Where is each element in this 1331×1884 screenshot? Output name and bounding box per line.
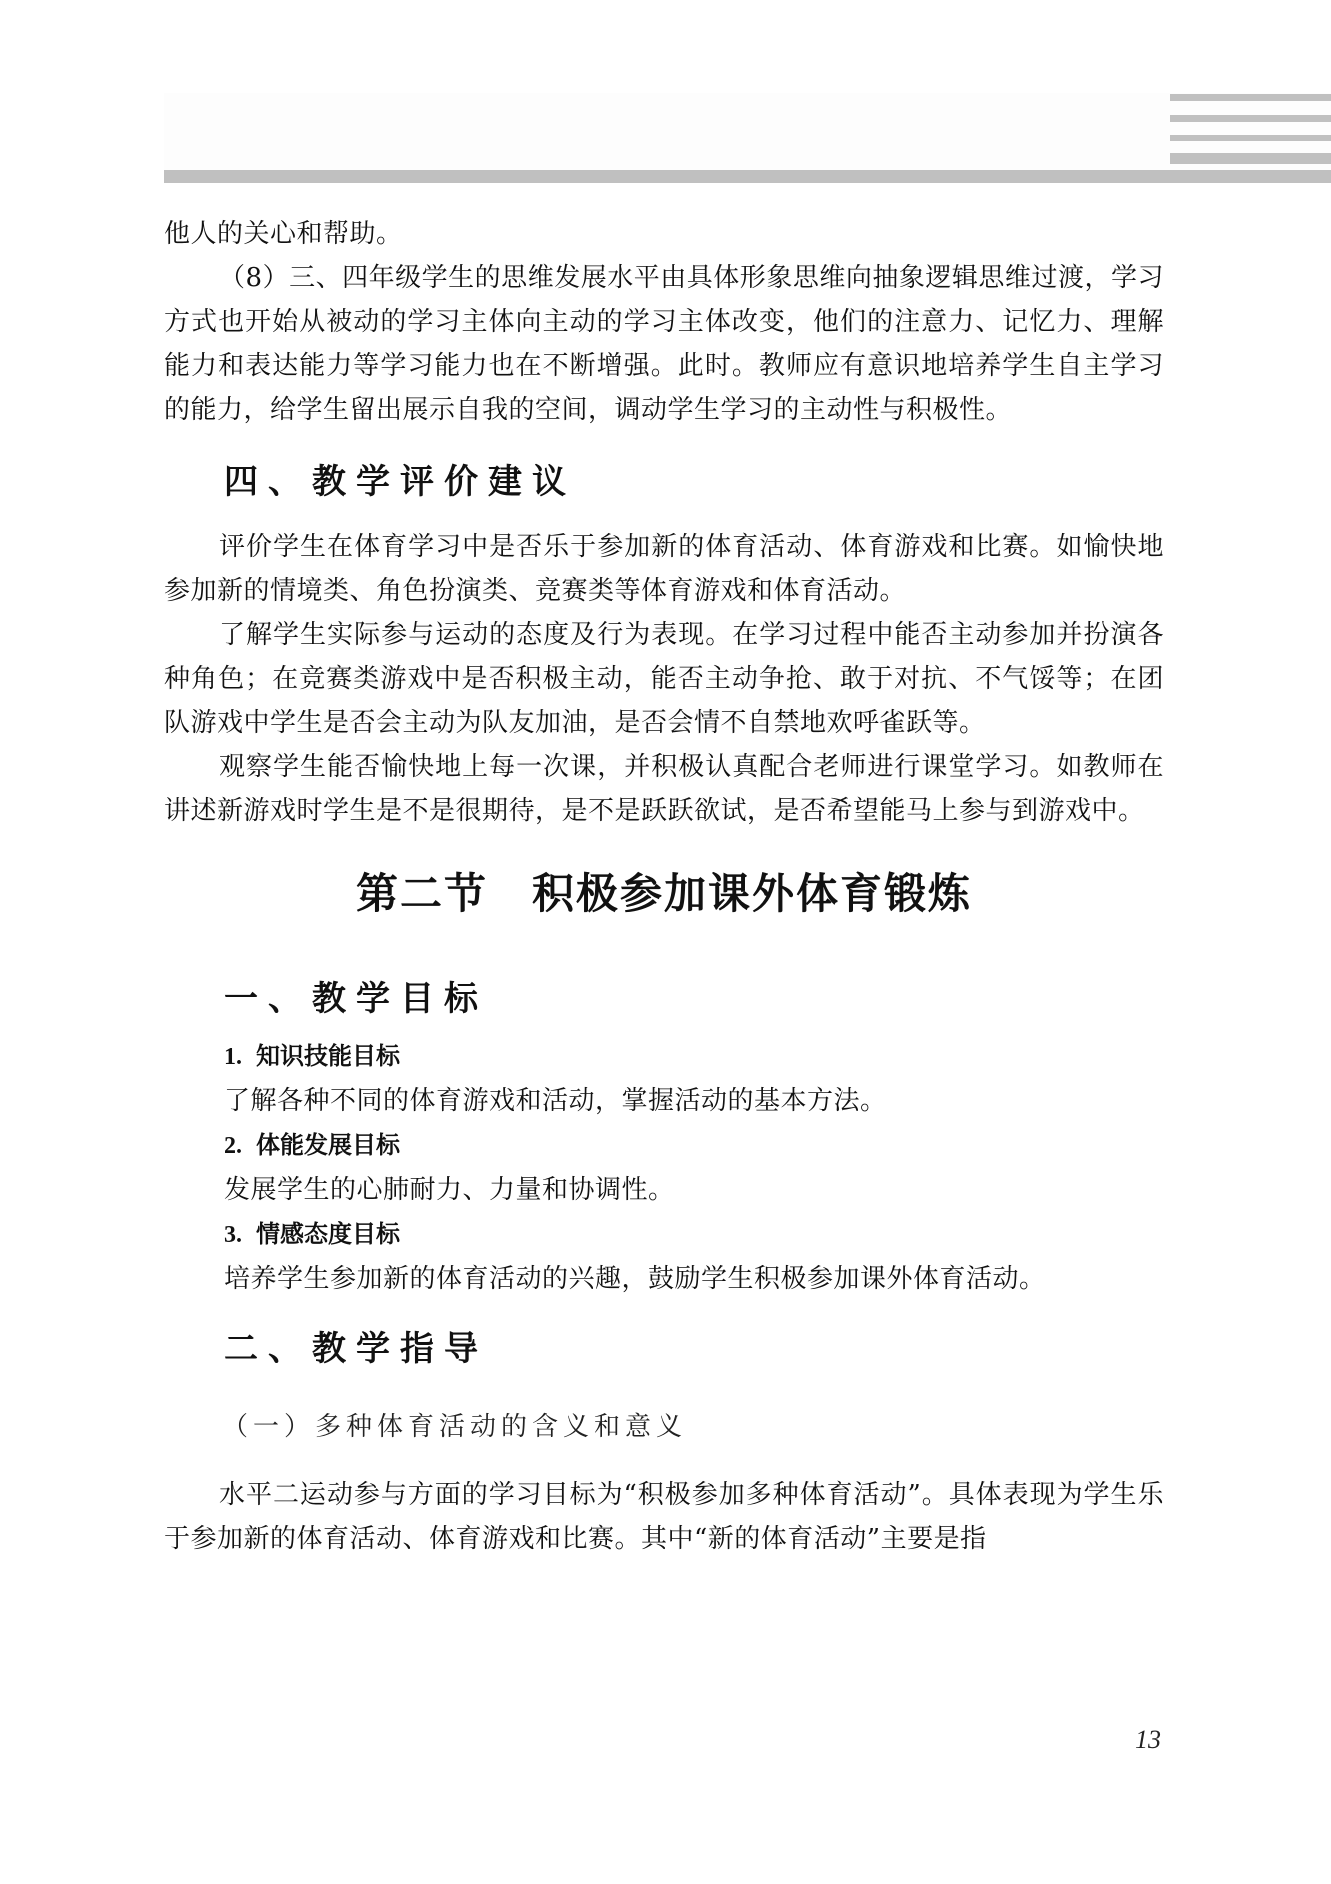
subsection-heading: （一）多种体育活动的含义和意义 (164, 1406, 1164, 1443)
header-stripe (1170, 94, 1331, 101)
goal-heading: 1.知识技能目标 (164, 1034, 1164, 1079)
goal-heading: 2.体能发展目标 (164, 1123, 1164, 1168)
page-number: 13 (1135, 1725, 1161, 1755)
goal-text: 了解各种不同的体育游戏和活动，掌握活动的基本方法。 (164, 1079, 1164, 1123)
paragraph: 水平二运动参与方面的学习目标为“积极参加多种体育活动”。具体表现为学生乐于参加新… (164, 1473, 1164, 1561)
paragraph: 他人的关心和帮助。 (164, 212, 1164, 256)
chapter-title: 第二节 积极参加课外体育锻炼 (164, 861, 1164, 921)
header-panel (164, 93, 1331, 170)
goal-heading: 3.情感态度目标 (164, 1212, 1164, 1257)
page-content: 他人的关心和帮助。 （8）三、四年级学生的思维发展水平由具体形象思维向抽象逻辑思… (164, 212, 1164, 1561)
header-stripe (1170, 135, 1331, 141)
paragraph: （8）三、四年级学生的思维发展水平由具体形象思维向抽象逻辑思维过渡，学习方式也开… (164, 256, 1164, 432)
paragraph: 评价学生在体育学习中是否乐于参加新的体育活动、体育游戏和比赛。如愉快地参加新的情… (164, 525, 1164, 613)
goal-text: 发展学生的心肺耐力、力量和协调性。 (164, 1168, 1164, 1212)
section-heading: 四、教学评价建议 (164, 454, 1164, 503)
header-stripe (1170, 115, 1331, 122)
header-stripe (1170, 153, 1331, 164)
goal-text: 培养学生参加新的体育活动的兴趣，鼓励学生积极参加课外体育活动。 (164, 1257, 1164, 1301)
paragraph: 了解学生实际参与运动的态度及行为表现。在学习过程中能否主动参加并扮演各种角色；在… (164, 613, 1164, 745)
paragraph: 观察学生能否愉快地上每一次课，并积极认真配合老师进行课堂学习。如教师在讲述新游戏… (164, 745, 1164, 833)
section-heading: 二、教学指导 (164, 1321, 1164, 1370)
section-heading: 一、教学目标 (164, 971, 1164, 1020)
header-rule (164, 170, 1331, 183)
